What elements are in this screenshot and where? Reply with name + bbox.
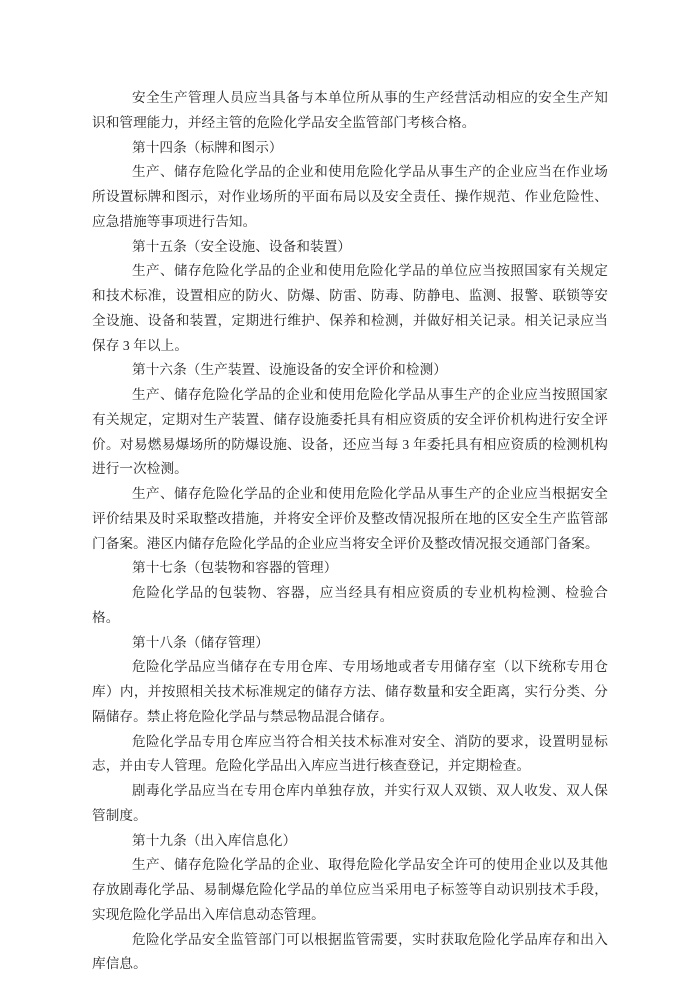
paragraph: 危险化学品的包装物、容器，应当经具有相应资质的专业机构检测、检验合格。 xyxy=(92,581,608,631)
paragraph: 危险化学品应当储存在专用仓库、专用场地或者专用储存室（以下统称专用仓库）内，并按… xyxy=(92,655,608,729)
document-body: 安全生产管理人员应当具备与本单位所从事的生产经营活动相应的安全生产知识和管理能力… xyxy=(92,86,608,977)
article-heading: 第十五条（安全设施、设备和装置） xyxy=(92,235,608,260)
paragraph: 剧毒化学品应当在专用仓库内单独存放，并实行双人双锁、双人收发、双人保管制度。 xyxy=(92,779,608,829)
paragraph: 安全生产管理人员应当具备与本单位所从事的生产经营活动相应的安全生产知识和管理能力… xyxy=(92,86,608,136)
paragraph: 危险化学品专用仓库应当符合相关技术标准对安全、消防的要求，设置明显标志，并由专人… xyxy=(92,730,608,780)
paragraph: 危险化学品安全监管部门可以根据监管需要，实时获取危险化学品库存和出入库信息。 xyxy=(92,928,608,978)
paragraph: 生产、储存危险化学品的企业和使用危险化学品的单位应当按照国家有关规定和技术标准，… xyxy=(92,259,608,358)
paragraph: 生产、储存危险化学品的企业和使用危险化学品从事生产的企业应当按照国家有关规定，定… xyxy=(92,383,608,482)
article-heading: 第十七条（包装物和容器的管理） xyxy=(92,556,608,581)
article-heading: 第十九条（出入库信息化） xyxy=(92,829,608,854)
article-heading: 第十六条（生产装置、设施设备的安全评价和检测） xyxy=(92,358,608,383)
article-heading: 第十八条（储存管理） xyxy=(92,631,608,656)
paragraph: 生产、储存危险化学品的企业、取得危险化学品安全许可的使用企业以及其他存放剧毒化学… xyxy=(92,853,608,927)
paragraph: 生产、储存危险化学品的企业和使用危险化学品从事生产的企业应当根据安全评价结果及时… xyxy=(92,482,608,556)
paragraph: 生产、储存危险化学品的企业和使用危险化学品从事生产的企业应当在作业场所设置标牌和… xyxy=(92,160,608,234)
document-page: 安全生产管理人员应当具备与本单位所从事的生产经营活动相应的安全生产知识和管理能力… xyxy=(0,0,700,990)
article-heading: 第十四条（标牌和图示） xyxy=(92,136,608,161)
